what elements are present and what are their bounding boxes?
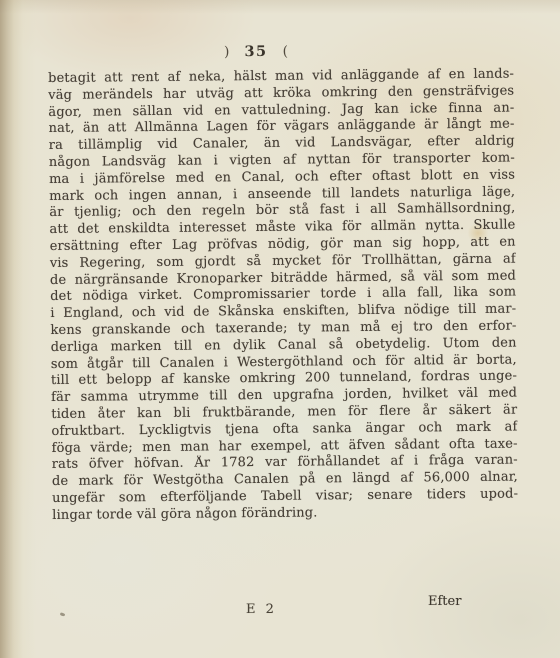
book-page: ) 35 ( betagit att rent af neka, hälst m… xyxy=(0,0,560,658)
page-header: ) 35 ( xyxy=(0,41,512,62)
catchword: Efter xyxy=(428,594,461,609)
body-text: betagit att rent af neka, hälst man vid … xyxy=(48,67,518,525)
signature-mark: E 2 xyxy=(246,602,277,617)
header-bracket-right: ( xyxy=(283,44,289,60)
header-bracket-left: ) xyxy=(224,44,230,60)
text-line: lingar torde väl göra någon förändring. xyxy=(52,503,518,524)
page-number: 35 xyxy=(244,43,267,60)
ink-speck xyxy=(60,612,66,617)
